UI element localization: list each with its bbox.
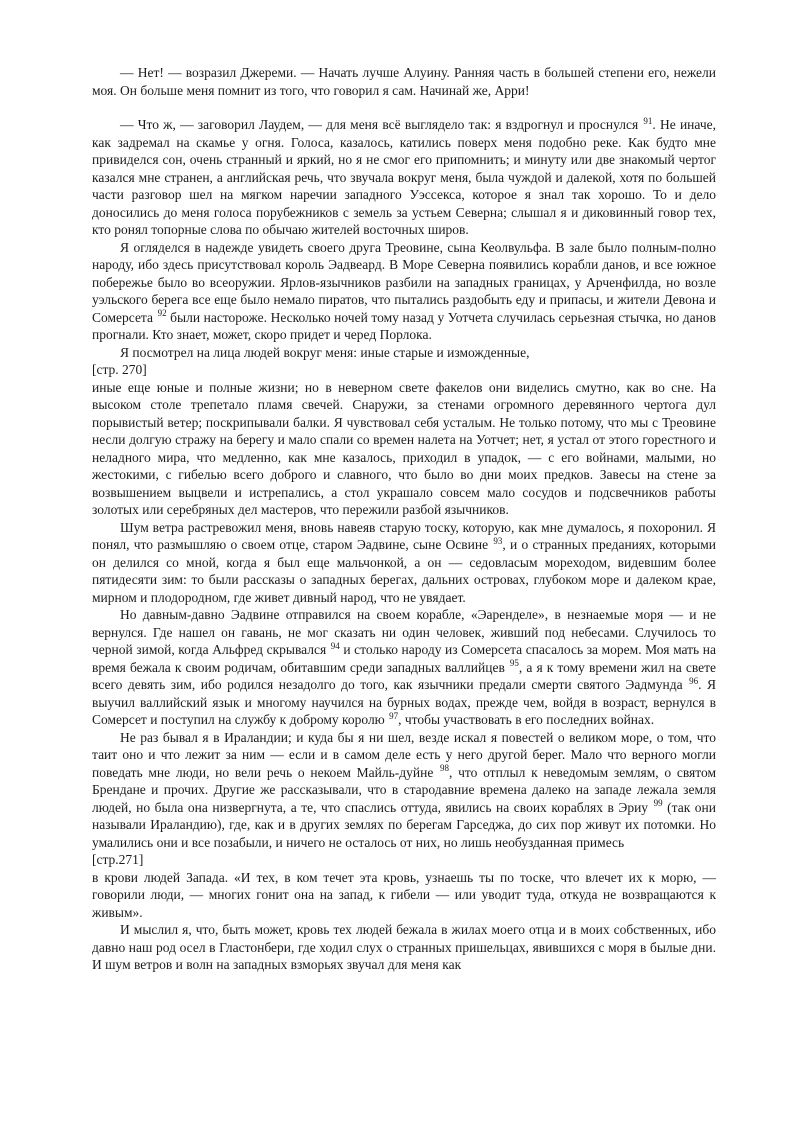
footnote-ref: 94 (330, 641, 340, 651)
page-marker: [стр. 270] (92, 361, 716, 379)
paragraph: И мыслил я, что, быть может, кровь тех л… (92, 921, 716, 974)
footnote-ref: 96 (688, 676, 698, 686)
page-marker: [стр.271] (92, 851, 716, 869)
footnote-ref: 91 (642, 116, 652, 126)
document-body: — Нет! — возразил Джереми. — Начать лучш… (92, 64, 716, 974)
footnote-ref: 99 (653, 798, 663, 808)
paragraph: иные еще юные и полные жизни; но в невер… (92, 379, 716, 519)
footnote-ref: 95 (509, 658, 519, 668)
footnote-ref: 97 (388, 711, 398, 721)
paragraph: Но давным-давно Эадвине отправился на св… (92, 606, 716, 729)
paragraph: Я огляделся в надежде увидеть своего дру… (92, 239, 716, 344)
paragraph: — Нет! — возразил Джереми. — Начать лучш… (92, 64, 716, 99)
footnote-ref: 98 (439, 763, 449, 773)
paragraph: Не раз бывал я в Ираландии; и куда бы я … (92, 729, 716, 852)
paragraph: Я посмотрел на лица людей вокруг меня: и… (92, 344, 716, 362)
footnote-ref: 93 (492, 536, 502, 546)
paragraph: Шум ветра растревожил меня, вновь навеяв… (92, 519, 716, 607)
paragraph: в крови людей Запада. «И тех, в ком тече… (92, 869, 716, 922)
document-page: — Нет! — возразил Джереми. — Начать лучш… (0, 0, 800, 1131)
footnote-ref: 92 (157, 308, 167, 318)
paragraph: — Что ж, — заговорил Лаудем, — для меня … (92, 116, 716, 239)
